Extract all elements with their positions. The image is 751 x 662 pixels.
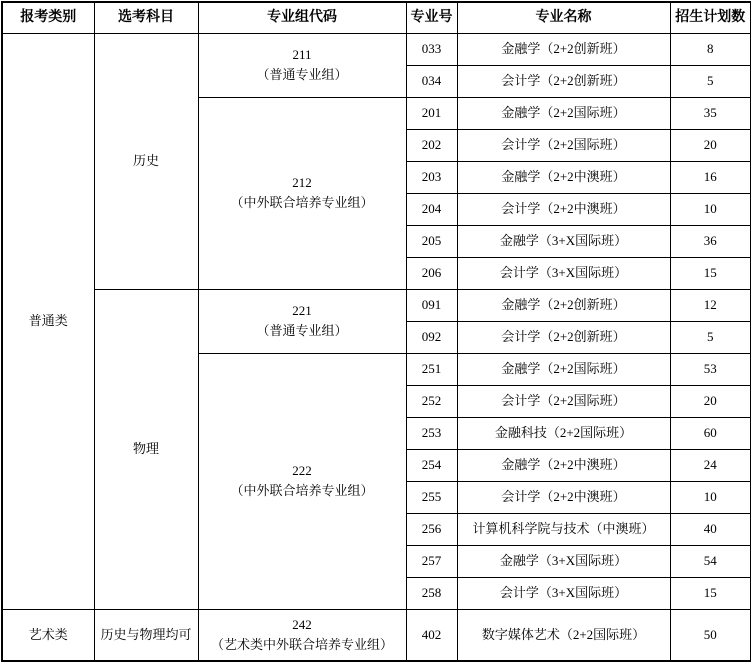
group-cell: 242 （艺术类中外联合培养专业组） <box>198 609 406 661</box>
plan-count-cell: 36 <box>670 225 751 257</box>
plan-count-cell: 24 <box>670 449 751 481</box>
major-no-cell: 252 <box>406 385 457 417</box>
major-no-cell: 257 <box>406 545 457 577</box>
group-code: 242 <box>201 615 404 635</box>
major-no-cell: 092 <box>406 321 457 353</box>
major-name-cell: 会计学（2+2中澳班） <box>457 193 670 225</box>
major-no-cell: 203 <box>406 161 457 193</box>
group-cell: 222 （中外联合培养专业组） <box>198 353 406 609</box>
major-no-cell: 402 <box>406 609 457 661</box>
col-header-subjects: 选考科目 <box>94 2 198 33</box>
major-name-cell: 会计学（2+2国际班） <box>457 385 670 417</box>
col-header-group-code: 专业组代码 <box>198 2 406 33</box>
major-no-cell: 091 <box>406 289 457 321</box>
major-no-cell: 251 <box>406 353 457 385</box>
major-name-cell: 会计学（2+2中澳班） <box>457 481 670 513</box>
group-name: （普通专业组） <box>201 321 404 341</box>
major-name-cell: 金融学（2+2中澳班） <box>457 161 670 193</box>
major-name-cell: 数字媒体艺术（2+2国际班） <box>457 609 670 661</box>
group-name: （中外联合培养专业组） <box>201 481 404 501</box>
table-row: 艺术类 历史与物理均可 242 （艺术类中外联合培养专业组） 402 数字媒体艺… <box>2 609 751 661</box>
plan-count-cell: 5 <box>670 65 751 97</box>
major-no-cell: 206 <box>406 257 457 289</box>
major-no-cell: 201 <box>406 97 457 129</box>
major-no-cell: 202 <box>406 129 457 161</box>
major-name-cell: 金融学（2+2国际班） <box>457 97 670 129</box>
major-no-cell: 258 <box>406 577 457 609</box>
plan-count-cell: 40 <box>670 513 751 545</box>
major-name-cell: 计算机科学院与技术（中澳班） <box>457 513 670 545</box>
major-name-cell: 会计学（2+2创新班） <box>457 321 670 353</box>
plan-count-cell: 5 <box>670 321 751 353</box>
plan-count-cell: 12 <box>670 289 751 321</box>
major-name-cell: 会计学（2+2创新班） <box>457 65 670 97</box>
major-name-cell: 会计学（2+2国际班） <box>457 129 670 161</box>
category-cell: 艺术类 <box>2 609 94 661</box>
group-name: （普通专业组） <box>201 65 404 85</box>
major-name-cell: 会计学（3+X国际班） <box>457 257 670 289</box>
plan-count-cell: 10 <box>670 193 751 225</box>
plan-count-cell: 15 <box>670 577 751 609</box>
col-header-major-no: 专业号 <box>406 2 457 33</box>
plan-count-cell: 53 <box>670 353 751 385</box>
plan-count-cell: 20 <box>670 385 751 417</box>
subject-cell: 历史与物理均可 <box>94 609 198 661</box>
major-name-cell: 金融学（3+X国际班） <box>457 545 670 577</box>
group-code: 212 <box>201 173 404 193</box>
major-name-cell: 金融学（2+2创新班） <box>457 289 670 321</box>
plan-count-cell: 8 <box>670 33 751 65</box>
table-row: 普通类 历史 211 （普通专业组） 033 金融学（2+2创新班） 8 <box>2 33 751 65</box>
plan-count-cell: 15 <box>670 257 751 289</box>
col-header-plan-count: 招生计划数 <box>670 2 751 33</box>
major-no-cell: 255 <box>406 481 457 513</box>
plan-count-cell: 50 <box>670 609 751 661</box>
group-cell: 212 （中外联合培养专业组） <box>198 97 406 289</box>
major-no-cell: 256 <box>406 513 457 545</box>
major-no-cell: 204 <box>406 193 457 225</box>
major-name-cell: 会计学（3+X国际班） <box>457 577 670 609</box>
major-no-cell: 034 <box>406 65 457 97</box>
group-cell: 221 （普通专业组） <box>198 289 406 353</box>
group-name: （艺术类中外联合培养专业组） <box>201 635 404 655</box>
major-no-cell: 254 <box>406 449 457 481</box>
header-row: 报考类别 选考科目 专业组代码 专业号 专业名称 招生计划数 <box>2 2 751 33</box>
subject-cell: 历史 <box>94 33 198 289</box>
table-row: 物理 221 （普通专业组） 091 金融学（2+2创新班） 12 <box>2 289 751 321</box>
plan-count-cell: 16 <box>670 161 751 193</box>
group-name: （中外联合培养专业组） <box>201 193 404 213</box>
admission-plan-table: 报考类别 选考科目 专业组代码 专业号 专业名称 招生计划数 普通类 历史 21… <box>1 1 751 662</box>
plan-count-cell: 20 <box>670 129 751 161</box>
major-name-cell: 金融科技（2+2国际班） <box>457 417 670 449</box>
page: 报考类别 选考科目 专业组代码 专业号 专业名称 招生计划数 普通类 历史 21… <box>0 0 751 662</box>
group-code: 222 <box>201 461 404 481</box>
group-code: 211 <box>201 45 404 65</box>
category-cell: 普通类 <box>2 33 94 609</box>
major-name-cell: 金融学（2+2国际班） <box>457 353 670 385</box>
major-no-cell: 253 <box>406 417 457 449</box>
plan-count-cell: 60 <box>670 417 751 449</box>
plan-count-cell: 35 <box>670 97 751 129</box>
group-code: 221 <box>201 301 404 321</box>
major-name-cell: 金融学（2+2创新班） <box>457 33 670 65</box>
col-header-category: 报考类别 <box>2 2 94 33</box>
plan-count-cell: 10 <box>670 481 751 513</box>
subject-cell: 物理 <box>94 289 198 609</box>
group-cell: 211 （普通专业组） <box>198 33 406 97</box>
major-name-cell: 金融学（3+X国际班） <box>457 225 670 257</box>
major-name-cell: 金融学（2+2中澳班） <box>457 449 670 481</box>
plan-count-cell: 54 <box>670 545 751 577</box>
col-header-major-name: 专业名称 <box>457 2 670 33</box>
major-no-cell: 205 <box>406 225 457 257</box>
major-no-cell: 033 <box>406 33 457 65</box>
